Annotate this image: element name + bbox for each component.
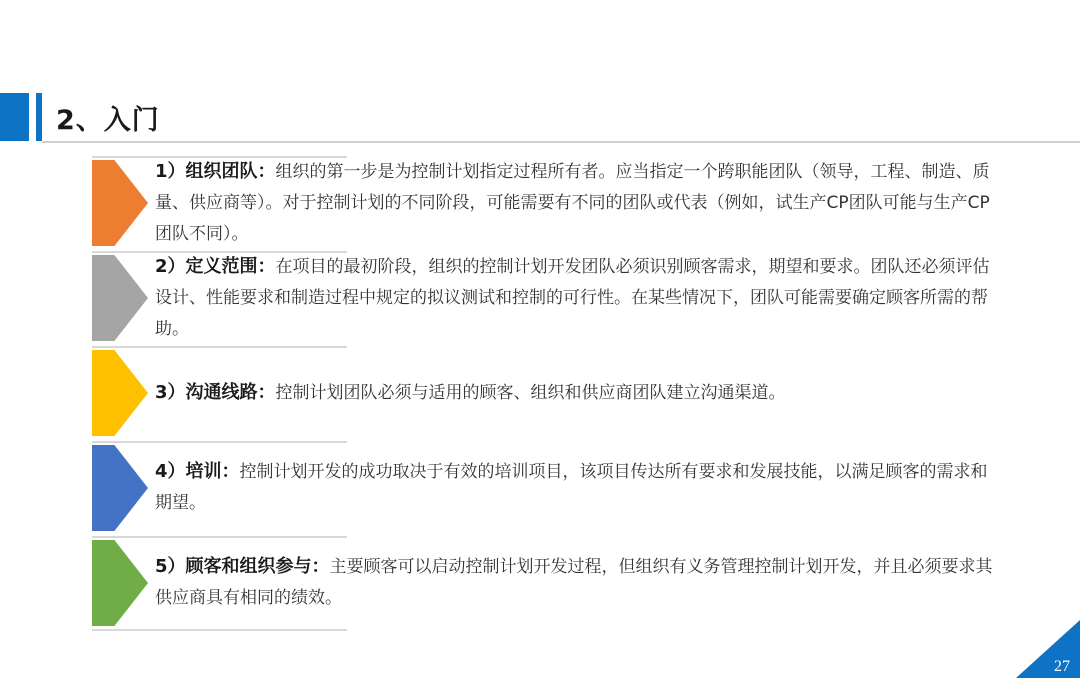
step-list: 1）组织团队：组织的第一步是为控制计划指定过程所有者。应当指定一个跨职能团队（领… xyxy=(92,156,997,631)
step-heading: 3）沟通线路： xyxy=(155,382,276,403)
corner-decoration xyxy=(1016,620,1080,678)
step-heading: 1）组织团队： xyxy=(155,161,276,182)
step-body: 控制计划团队必须与适用的顾客、组织和供应商团队建立沟通渠道。 xyxy=(276,383,786,403)
page-number: 27 xyxy=(1054,658,1070,676)
title-accent-bar xyxy=(36,93,42,141)
chevron-icon xyxy=(92,540,148,626)
chevron-icon xyxy=(92,255,148,341)
step-text: 1）组织团队：组织的第一步是为控制计划指定过程所有者。应当指定一个跨职能团队（领… xyxy=(155,156,995,249)
step-item-1: 1）组织团队：组织的第一步是为控制计划指定过程所有者。应当指定一个跨职能团队（领… xyxy=(92,156,997,249)
step-body: 在项目的最初阶段，组织的控制计划开发团队必须识别顾客需求，期望和要求。团队还必须… xyxy=(155,257,990,339)
divider xyxy=(92,629,347,631)
slide-title: 2、入门 xyxy=(56,98,160,137)
step-item-3: 3）沟通线路：控制计划团队必须与适用的顾客、组织和供应商团队建立沟通渠道。 xyxy=(92,346,997,439)
title-divider xyxy=(42,141,1080,143)
step-body: 组织的第一步是为控制计划指定过程所有者。应当指定一个跨职能团队（领导，工程、制造… xyxy=(155,162,990,244)
step-text: 2）定义范围：在项目的最初阶段，组织的控制计划开发团队必须识别顾客需求，期望和要… xyxy=(155,251,995,344)
chevron-icon xyxy=(92,350,148,436)
step-body: 控制计划开发的成功取决于有效的培训项目，该项目传达所有要求和发展技能，以满足顾客… xyxy=(155,462,988,513)
step-heading: 2）定义范围： xyxy=(155,256,276,277)
step-text: 3）沟通线路：控制计划团队必须与适用的顾客、组织和供应商团队建立沟通渠道。 xyxy=(155,346,995,439)
chevron-icon xyxy=(92,445,148,531)
step-text: 4）培训：控制计划开发的成功取决于有效的培训项目，该项目传达所有要求和发展技能，… xyxy=(155,441,995,534)
step-item-5: 5）顾客和组织参与：主要顾客可以启动控制计划开发过程，但组织有义务管理控制计划开… xyxy=(92,536,997,629)
step-heading: 5）顾客和组织参与： xyxy=(155,556,330,577)
step-item-4: 4）培训：控制计划开发的成功取决于有效的培训项目，该项目传达所有要求和发展技能，… xyxy=(92,441,997,534)
chevron-icon xyxy=(92,160,148,246)
step-item-2: 2）定义范围：在项目的最初阶段，组织的控制计划开发团队必须识别顾客需求，期望和要… xyxy=(92,251,997,344)
step-text: 5）顾客和组织参与：主要顾客可以启动控制计划开发过程，但组织有义务管理控制计划开… xyxy=(155,536,995,629)
title-accent-block xyxy=(0,93,29,141)
step-heading: 4）培训： xyxy=(155,461,240,482)
